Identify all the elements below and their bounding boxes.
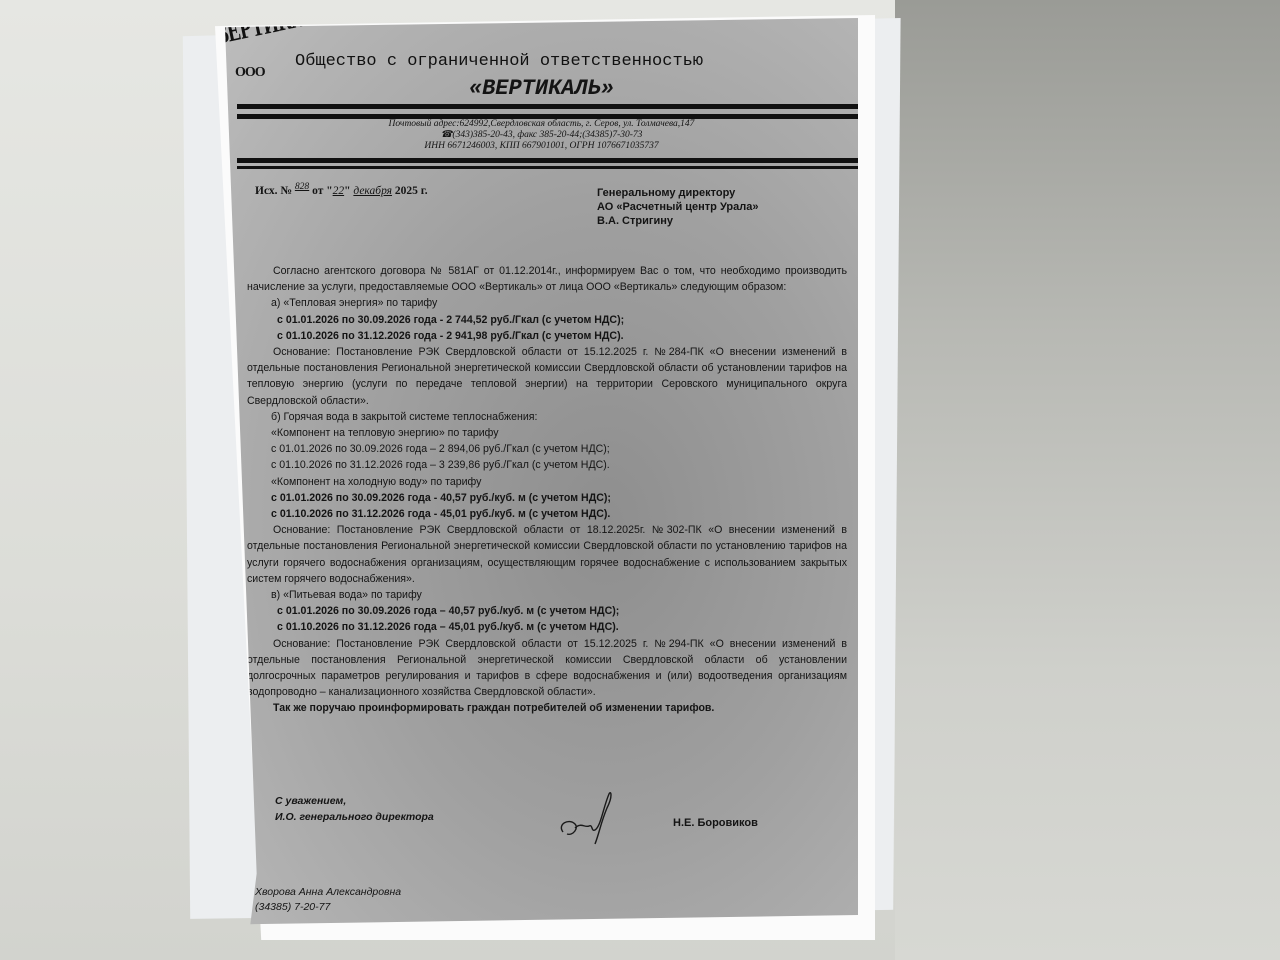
recipient-position: Генеральному директору	[597, 186, 758, 200]
company-address: Почтовый адрес:624992,Свердловская облас…	[225, 119, 858, 130]
company-contacts: Почтовый адрес:624992,Свердловская облас…	[225, 119, 858, 152]
outgoing-number: 828	[295, 181, 309, 192]
section-b-component1-title: «Компонент на тепловую энергию» по тариф…	[247, 425, 847, 441]
section-a-title: а) «Тепловая энергия» по тарифу	[247, 295, 847, 311]
executor-contact: Хворова Анна Александровна (34385) 7-20-…	[255, 885, 401, 915]
recipient-organization: АО «Расчетный центр Урала»	[597, 200, 758, 214]
background-surface	[895, 0, 1280, 960]
company-phones: ☎(343)385-20-43, факс 385-20-44;(34385)7…	[225, 130, 858, 141]
header-divider	[237, 104, 858, 109]
signer-position: И.О. генерального директора	[275, 809, 434, 825]
recipient-block: Генеральному директору АО «Расчетный цен…	[597, 186, 758, 228]
letter-print-area: ВЕРТИКАЛЬ ООО Общество с ограниченной от…	[225, 18, 858, 938]
section-b-component2-rate: с 01.10.2026 по 31.12.2026 года - 45,01 …	[247, 506, 847, 522]
section-c-basis: Основание: Постановление РЭК Свердловско…	[247, 636, 847, 701]
section-a-basis: Основание: Постановление РЭК Свердловско…	[247, 344, 847, 409]
section-a-rate: с 01.10.2026 по 31.12.2026 года - 2 941,…	[247, 328, 847, 344]
outgoing-reference: Исх. № 828 от "22" декабря 2025 г.	[255, 181, 428, 197]
handwritten-signature-icon	[555, 788, 615, 848]
intro-paragraph: Согласно агентского договора № 581АГ от …	[247, 263, 847, 295]
section-a-rate: с 01.01.2026 по 30.09.2026 года - 2 744,…	[247, 312, 847, 328]
section-b-component1-rate: с 01.01.2026 по 30.09.2026 года – 2 894,…	[247, 441, 847, 457]
header-divider	[237, 158, 858, 163]
outgoing-month: декабря	[353, 185, 392, 197]
outgoing-label: Исх. №	[255, 185, 292, 197]
signer-name: Н.Е. Боровиков	[673, 817, 758, 829]
section-b-basis: Основание: Постановление РЭК Свердловско…	[247, 522, 847, 587]
section-b-component2-rate: с 01.01.2026 по 30.09.2026 года - 40,57 …	[247, 490, 847, 506]
outgoing-year: 2025 г.	[395, 185, 428, 197]
section-c-rate: с 01.01.2026 по 30.09.2026 года – 40,57 …	[247, 603, 847, 619]
company-ids: ИНН 6671246003, КПП 667901001, ОГРН 1076…	[225, 141, 858, 152]
section-c-title: в) «Питьевая вода» по тарифу	[247, 587, 847, 603]
section-b-component2-title: «Компонент на холодную воду» по тарифу	[247, 474, 847, 490]
executor-phone: (34385) 7-20-77	[255, 900, 401, 915]
regards-text: С уважением,	[275, 793, 434, 809]
section-b-title: б) Горячая вода в закрытой системе тепло…	[247, 409, 847, 425]
header-divider	[237, 166, 858, 169]
org-type: Общество с ограниченной ответственностью	[295, 52, 703, 71]
closing-block: С уважением, И.О. генерального директора	[275, 793, 434, 825]
org-name: «ВЕРТИКАЛЬ»	[225, 76, 858, 101]
executor-name: Хворова Анна Александровна	[255, 885, 401, 900]
outgoing-day: 22	[333, 185, 345, 197]
recipient-name: В.А. Стригину	[597, 214, 758, 228]
letter-body: Согласно агентского договора № 581АГ от …	[247, 263, 847, 717]
section-c-rate: с 01.10.2026 по 31.12.2026 года – 45,01 …	[247, 619, 847, 635]
section-b-component1-rate: с 01.10.2026 по 31.12.2026 года – 3 239,…	[247, 457, 847, 473]
closing-note: Так же поручаю проинформировать граждан …	[247, 700, 847, 716]
outgoing-from: от	[312, 185, 323, 197]
